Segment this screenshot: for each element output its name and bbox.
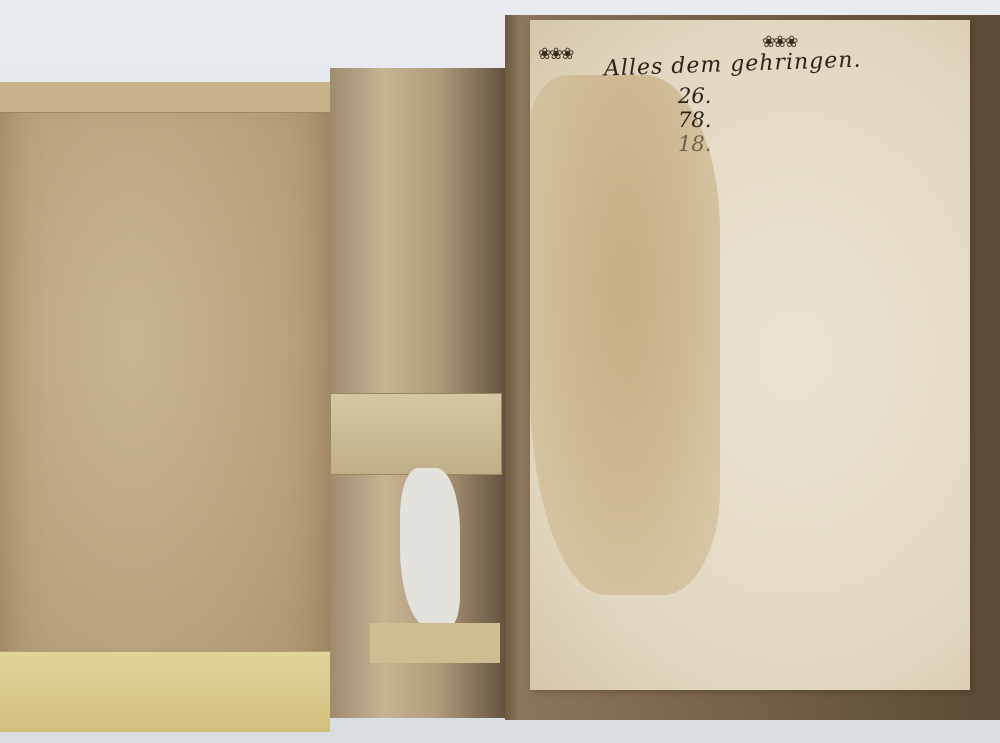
spine-binding-band <box>330 393 502 475</box>
inside-front-cover <box>0 82 330 732</box>
spine-bottom-band <box>370 623 500 663</box>
image-caption: Old open book with damaged spine and han… <box>0 0 1 1</box>
handwritten-number-3: 18. <box>678 132 711 156</box>
cover-bottom-paper-strip <box>0 651 330 732</box>
handwritten-number-1: 26. <box>678 84 711 108</box>
spine-paper-tear <box>400 468 460 628</box>
cover-top-strip <box>0 82 330 113</box>
ornament-right-icon: ❀❀❀ <box>762 32 796 51</box>
ornament-left-icon: ❀❀❀ <box>538 44 572 63</box>
book-spine <box>330 68 510 718</box>
handwritten-number-2: 78. <box>678 108 711 132</box>
photo-scene: Old open book with damaged spine and han… <box>0 0 1000 743</box>
